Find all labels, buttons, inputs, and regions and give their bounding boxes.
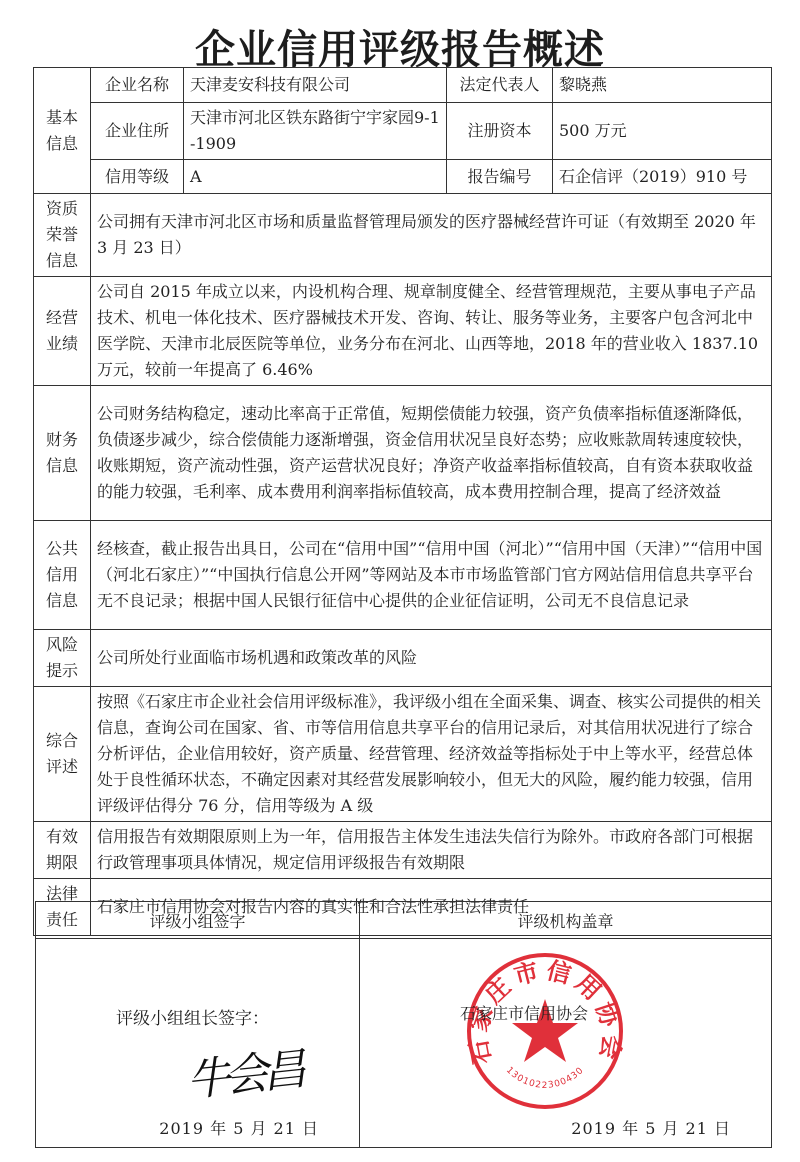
credit-grade-value: A <box>184 160 447 194</box>
leader-signature-label: 评级小组组长签字： <box>116 1004 269 1029</box>
validity-text: 信用报告有效期限原则上为一年，信用报告主体发生违法失信行为除外。市政府各部门可根… <box>91 822 772 879</box>
company-name-label: 企业名称 <box>91 68 184 103</box>
svg-text:1301022300430: 1301022300430 <box>504 1065 586 1090</box>
address-value: 天津市河北区铁东路街宁宇家园9-1-1909 <box>184 103 447 160</box>
qualification-text: 公司拥有天津市河北区市场和质量监督管理局颁发的医疗器械经营许可证（有效期至 20… <box>91 194 772 277</box>
finance-text: 公司财务结构稳定，速动比率高于正常值，短期偿债能力较强，资产负债率指标值逐渐降低… <box>91 386 772 521</box>
section-label-performance: 经营业绩 <box>34 277 91 386</box>
org-name: 石家庄市信用协会 <box>460 1001 588 1024</box>
credit-grade-label: 信用等级 <box>91 160 184 194</box>
official-seal-icon: 石家庄市信用协会 1301022300430 <box>465 951 625 1111</box>
legal-rep-value: 黎晓燕 <box>553 68 772 103</box>
public-credit-text: 经核查，截止报告出具日，公司在“信用中国”“信用中国（河北）”“信用中国（天津）… <box>91 521 772 630</box>
address-label: 企业住所 <box>91 103 184 160</box>
capital-value: 500 万元 <box>553 103 772 160</box>
team-signature-header: 评级小组签字 <box>36 902 360 939</box>
team-signature-date: 2019 年 5 月 21 日 <box>159 1116 319 1139</box>
section-label-risk: 风险提示 <box>34 630 91 687</box>
org-seal-date: 2019 年 5 月 21 日 <box>571 1116 731 1139</box>
capital-label: 注册资本 <box>447 103 553 160</box>
team-signature-cell: 评级小组组长签字： 牛会昌 2019 年 5 月 21 日 <box>36 939 360 1148</box>
risk-text: 公司所处行业面临市场机遇和政策改革的风险 <box>91 630 772 687</box>
signature-table: 评级小组签字 评级机构盖章 评级小组组长签字： 牛会昌 2019 年 5 月 2… <box>35 901 772 1148</box>
section-label-summary: 综合评述 <box>34 687 91 822</box>
report-no-label: 报告编号 <box>447 160 553 194</box>
report-no-value: 石企信评（2019）910 号 <box>553 160 772 194</box>
org-seal-header: 评级机构盖章 <box>360 902 772 939</box>
performance-text: 公司自 2015 年成立以来，内设机构合理、规章制度健全、经营管理规范，主要从事… <box>91 277 772 386</box>
section-label-public-credit: 公共信用信息 <box>34 521 91 630</box>
report-table: 基本信息 企业名称 天津麦安科技有限公司 法定代表人 黎晓燕 企业住所 天津市河… <box>33 67 772 936</box>
legal-rep-label: 法定代表人 <box>447 68 553 103</box>
section-label-qualification: 资质荣誉信息 <box>34 194 91 277</box>
summary-text: 按照《石家庄市企业社会信用评级标准》，我评级小组在全面采集、调查、核实公司提供的… <box>91 687 772 822</box>
section-label-finance: 财务信息 <box>34 386 91 521</box>
section-label-basic-info: 基本信息 <box>34 68 91 194</box>
section-label-validity: 有效期限 <box>34 822 91 879</box>
org-seal-cell: 石家庄市信用协会 1301022300430 石家庄市信用协会 2019 年 5… <box>360 939 772 1148</box>
leader-signature: 牛会昌 <box>183 1033 303 1109</box>
company-name-value: 天津麦安科技有限公司 <box>184 68 447 103</box>
